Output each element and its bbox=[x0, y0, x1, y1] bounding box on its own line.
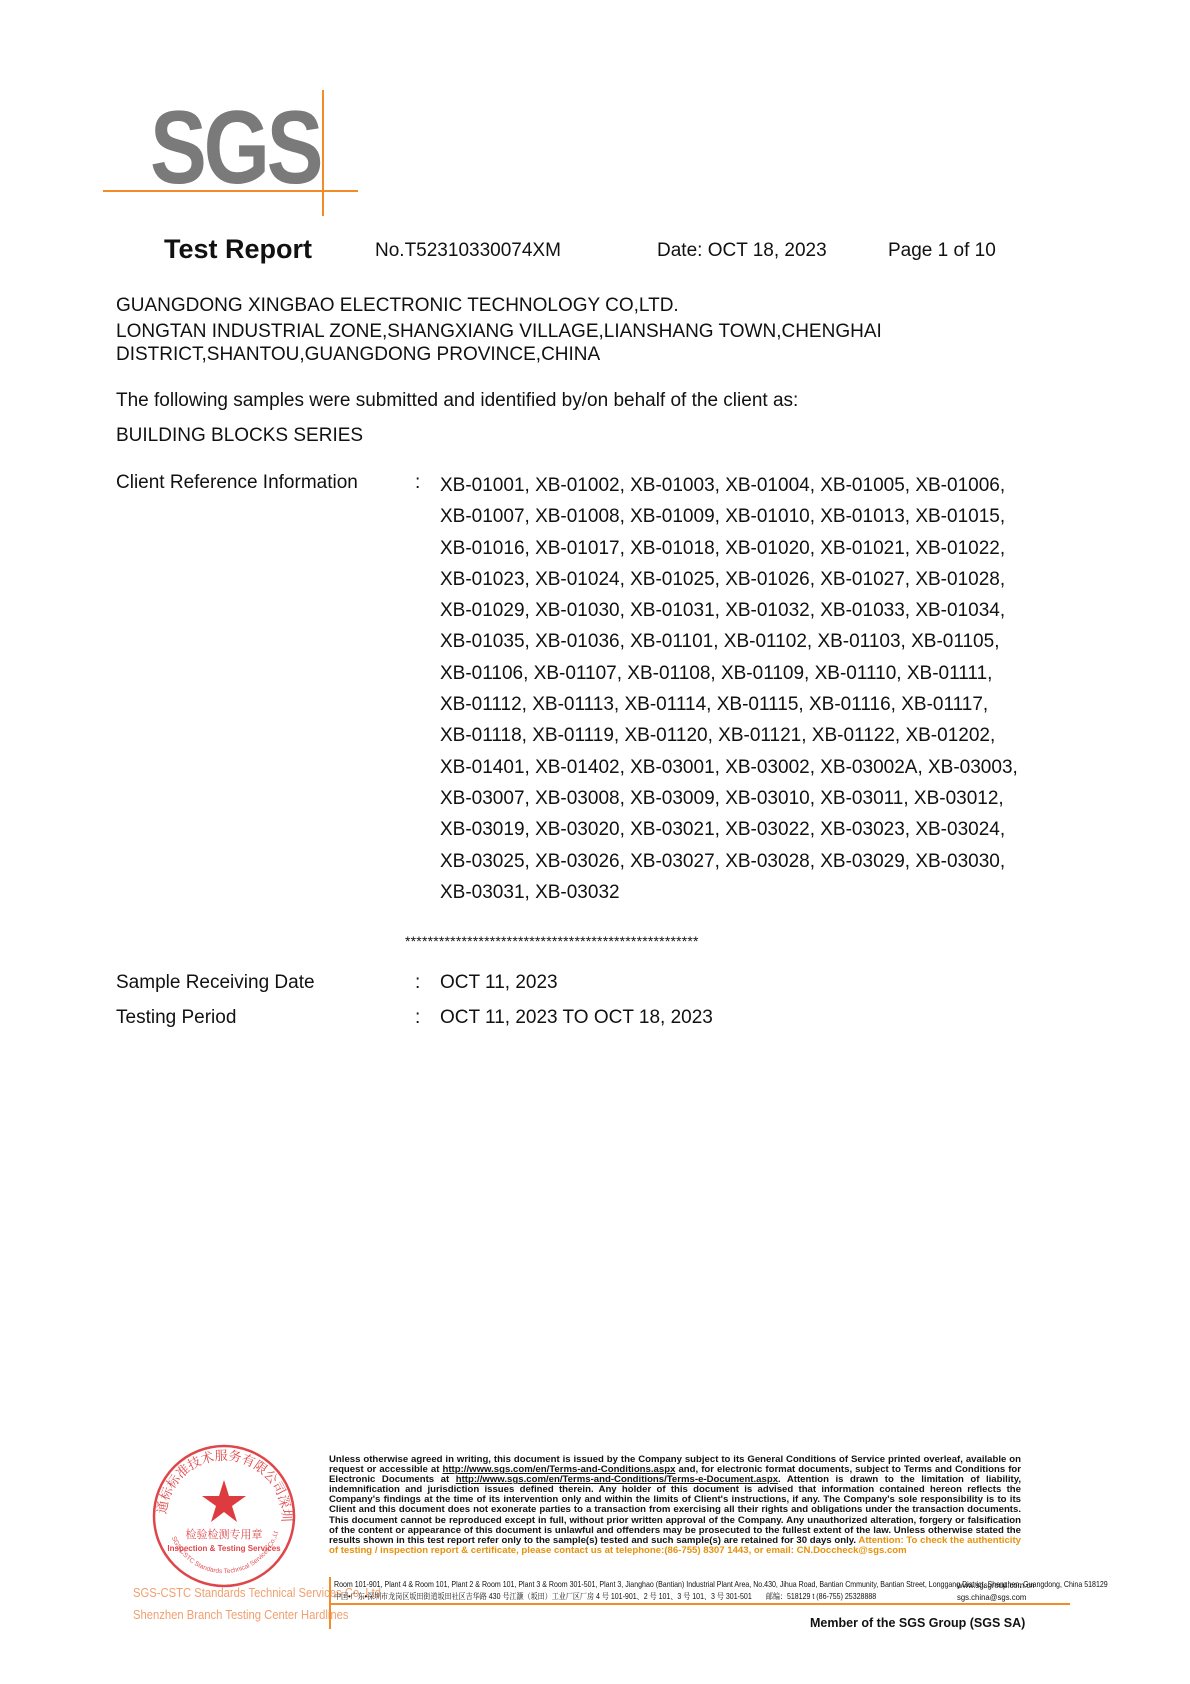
seal-center-cn: 检验检测专用章 bbox=[186, 1527, 263, 1541]
sample-receiving-date-colon: : bbox=[415, 972, 420, 994]
client-address-line-2: DISTRICT,SHANTOU,GUANGDONG PROVINCE,CHIN… bbox=[116, 343, 976, 366]
report-number: No.T52310330074XM bbox=[375, 240, 561, 262]
client-reference-colon: : bbox=[415, 472, 420, 494]
testing-period-label: Testing Period bbox=[116, 1007, 236, 1029]
sgs-logo: SGS bbox=[150, 96, 320, 200]
client-reference-line: XB-03019, XB-03020, XB-03021, XB-03022, … bbox=[440, 814, 1080, 845]
footer-horizontal-rule bbox=[330, 1603, 1070, 1605]
client-address: LONGTAN INDUSTRIAL ZONE,SHANGXIANG VILLA… bbox=[116, 320, 976, 366]
footer-email[interactable]: sgs.china@sgs.com bbox=[957, 1591, 1034, 1603]
intro-text: The following samples were submitted and… bbox=[116, 389, 798, 412]
client-reference-line: XB-03007, XB-03008, XB-03009, XB-03010, … bbox=[440, 783, 1080, 814]
sample-receiving-date-label: Sample Receiving Date bbox=[116, 972, 315, 994]
client-reference-line: XB-01035, XB-01036, XB-01101, XB-01102, … bbox=[440, 626, 1080, 657]
client-reference-line: XB-03025, XB-03026, XB-03027, XB-03028, … bbox=[440, 846, 1080, 877]
footer-website[interactable]: www.sgsgroup.com.cn bbox=[957, 1579, 1034, 1591]
report-date: Date: OCT 18, 2023 bbox=[657, 240, 827, 262]
official-seal-icon: 通标标准技术服务有限公司深圳分公司 检验检测专用章 Inspection & T… bbox=[148, 1440, 300, 1590]
client-reference-label: Client Reference Information bbox=[116, 472, 358, 494]
testing-period-colon: : bbox=[415, 1007, 420, 1029]
client-reference-line: XB-01029, XB-01030, XB-01031, XB-01032, … bbox=[440, 595, 1080, 626]
testing-period-value: OCT 11, 2023 TO OCT 18, 2023 bbox=[440, 1007, 713, 1029]
client-reference-line: XB-01118, XB-01119, XB-01120, XB-01121, … bbox=[440, 720, 1080, 751]
client-reference-line: XB-01401, XB-01402, XB-03001, XB-03002, … bbox=[440, 752, 1080, 783]
client-address-line-1: LONGTAN INDUSTRIAL ZONE,SHANGXIANG VILLA… bbox=[116, 320, 976, 343]
client-reference-line: XB-01112, XB-01113, XB-01114, XB-01115, … bbox=[440, 689, 1080, 720]
sample-receiving-date-value: OCT 11, 2023 bbox=[440, 972, 558, 994]
client-reference-line: XB-01023, XB-01024, XB-01025, XB-01026, … bbox=[440, 564, 1080, 595]
client-name: GUANGDONG XINGBAO ELECTRONIC TECHNOLOGY … bbox=[116, 294, 679, 317]
separator-stars: ****************************************… bbox=[405, 933, 699, 949]
client-reference-line: XB-03031, XB-03032 bbox=[440, 877, 1080, 908]
client-reference-line: XB-01007, XB-01008, XB-01009, XB-01010, … bbox=[440, 501, 1080, 532]
logo-vertical-rule bbox=[322, 90, 324, 216]
legal-disclaimer: Unless otherwise agreed in writing, this… bbox=[329, 1455, 1021, 1556]
footer-contact: www.sgsgroup.com.cn sgs.china@sgs.com bbox=[957, 1579, 1034, 1603]
client-reference-line: XB-01001, XB-01002, XB-01003, XB-01004, … bbox=[440, 470, 1080, 501]
sample-name: BUILDING BLOCKS SERIES bbox=[116, 424, 363, 447]
report-title: Test Report bbox=[164, 234, 312, 265]
page-indicator: Page 1 of 10 bbox=[888, 240, 996, 262]
client-reference-list: XB-01001, XB-01002, XB-01003, XB-01004, … bbox=[440, 470, 1080, 908]
logo-horizontal-rule bbox=[103, 190, 358, 192]
client-reference-line: XB-01016, XB-01017, XB-01018, XB-01020, … bbox=[440, 533, 1080, 564]
client-reference-line: XB-01106, XB-01107, XB-01108, XB-01109, … bbox=[440, 658, 1080, 689]
seal-caption-branch: Shenzhen Branch Testing Center Hardlines bbox=[133, 1608, 349, 1622]
member-statement: Member of the SGS Group (SGS SA) bbox=[810, 1616, 1025, 1630]
